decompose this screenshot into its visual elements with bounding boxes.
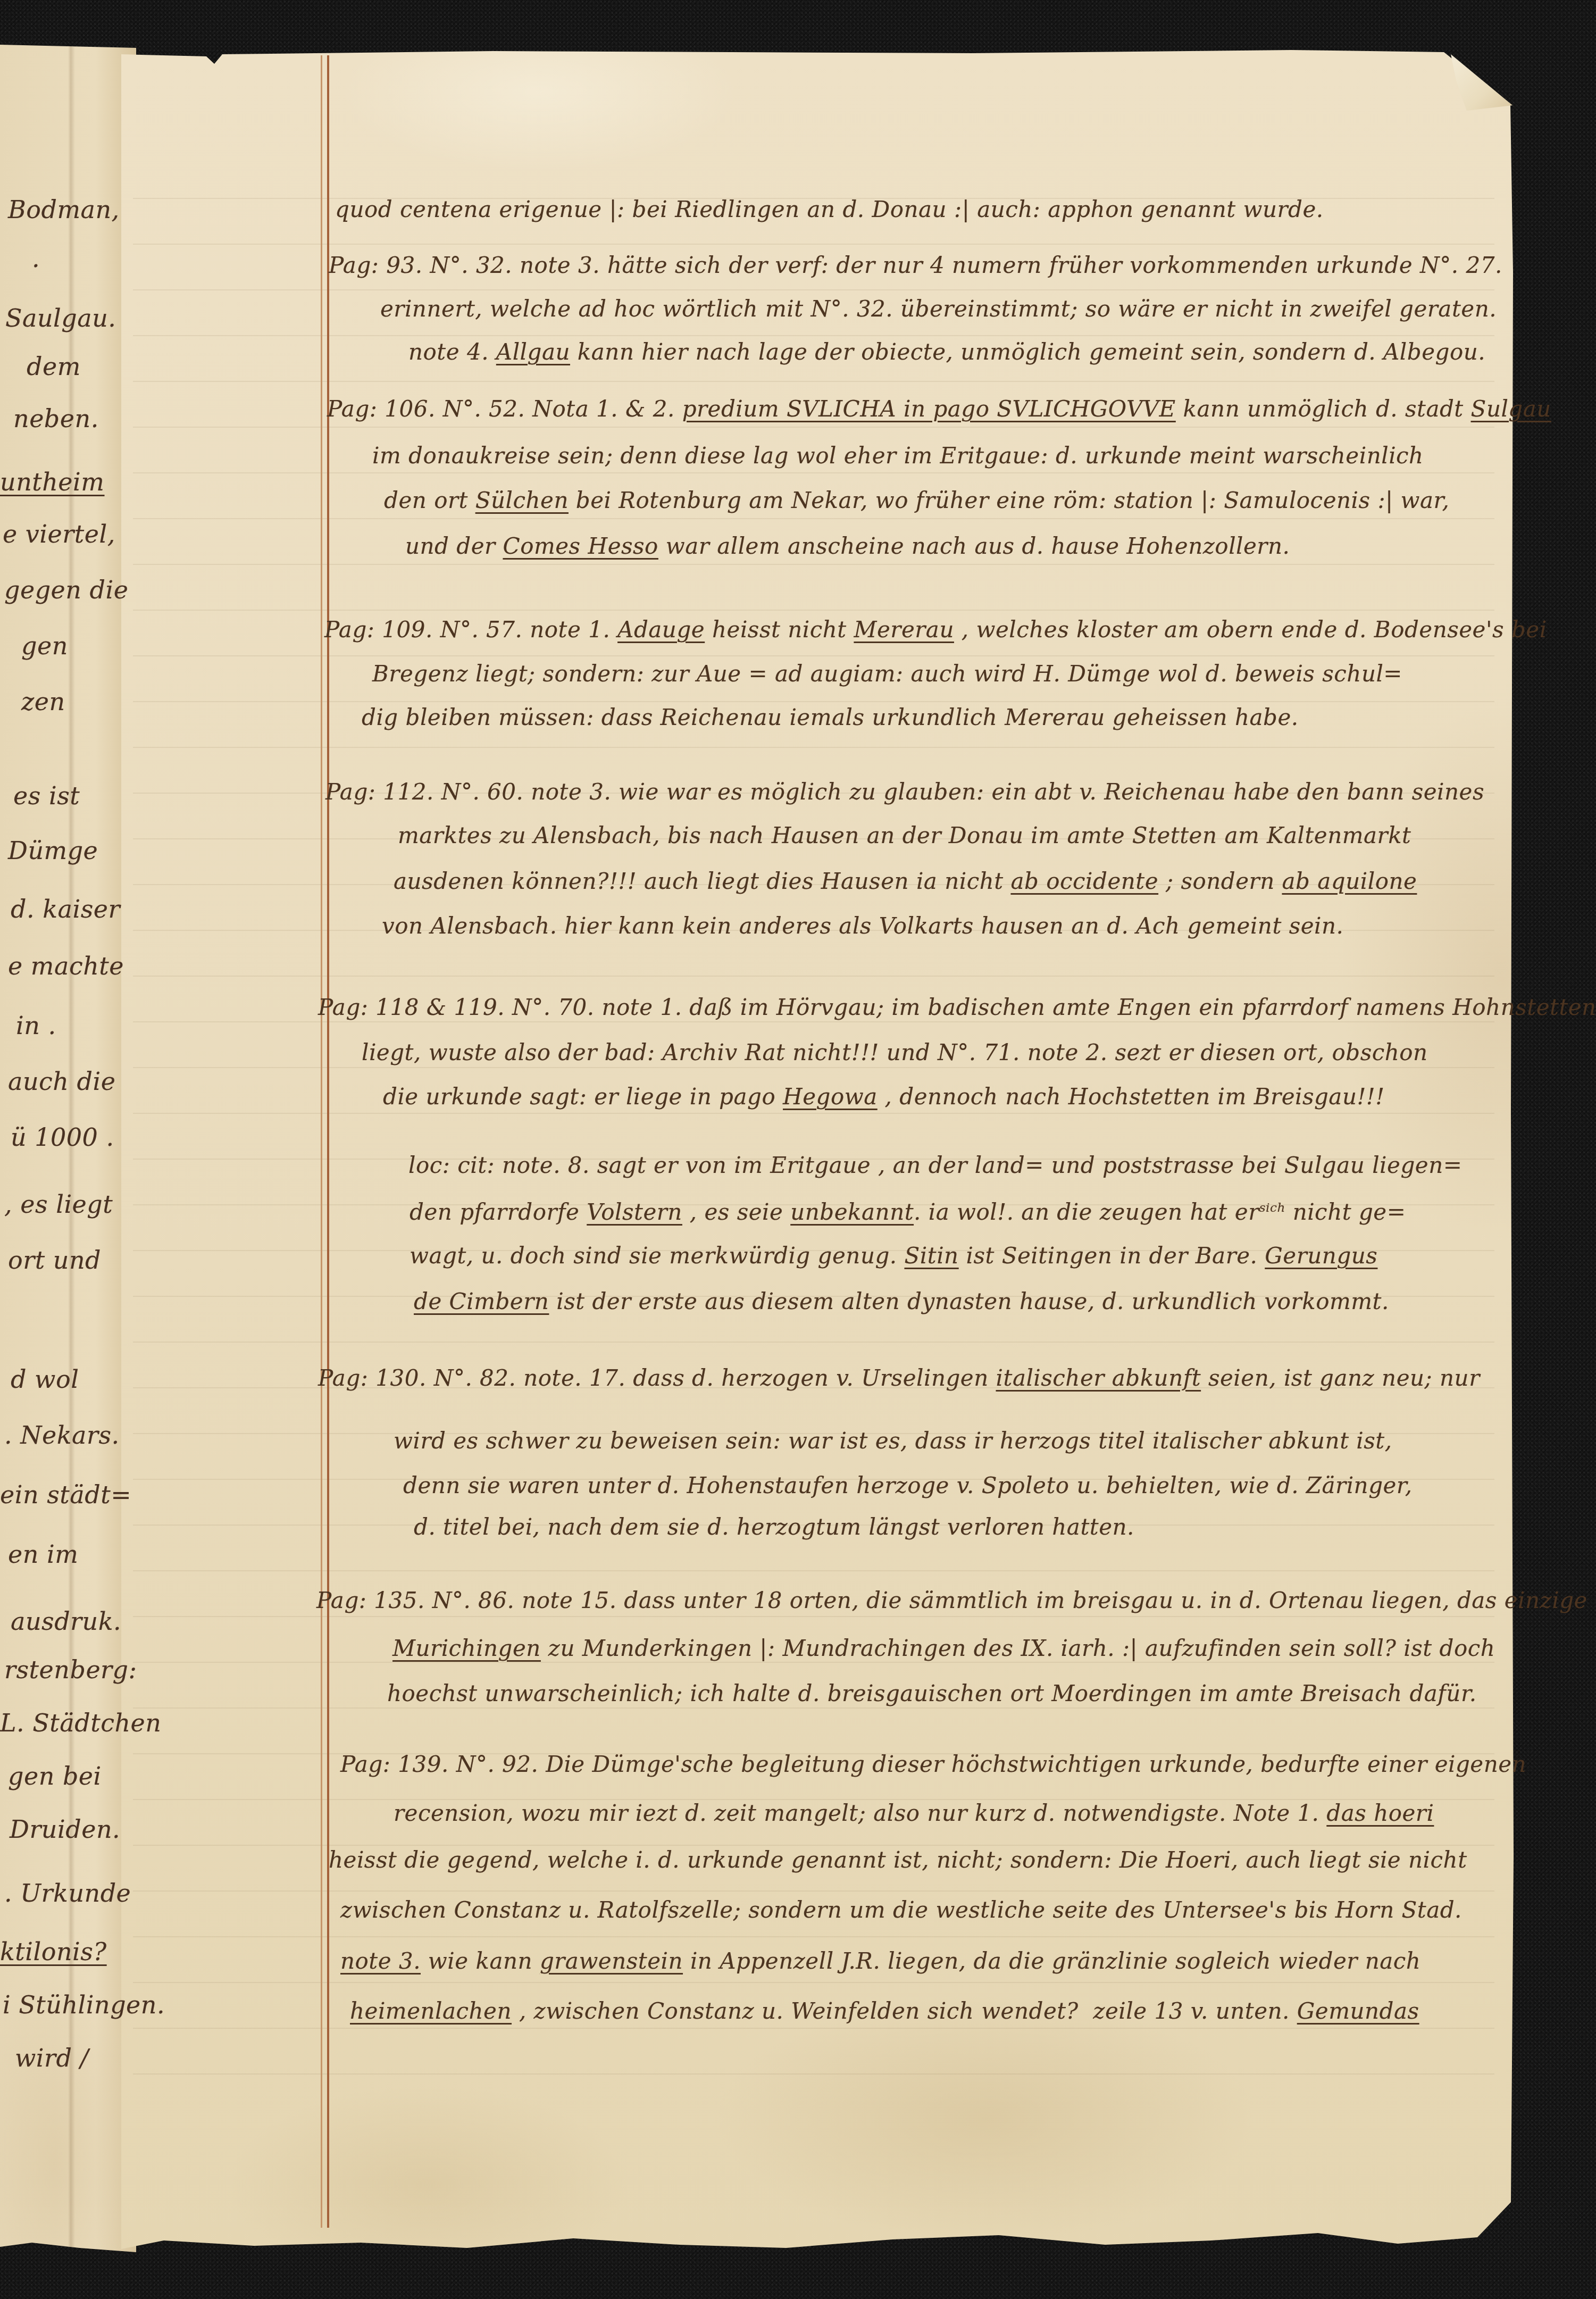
underlined-text: Gemundas xyxy=(1297,1998,1419,2024)
manuscript-line: Pag: 93. N°. 32. note 3. hätte sich der … xyxy=(329,252,1502,278)
handwritten-text: erinnert, welche ad hoc wörtlich mit N°.… xyxy=(380,296,1497,322)
handwritten-text: heisst die gegend, welche i. d. urkunde … xyxy=(329,1847,1467,1873)
manuscript-line: wird es schwer zu beweisen sein: war ist… xyxy=(394,1428,1392,1454)
handwritten-text: wagt, u. doch sind sie merkwürdig genug. xyxy=(410,1243,905,1269)
manuscript-line: hoechst unwarscheinlich; ich halte d. br… xyxy=(387,1680,1477,1706)
underlined-text: ab occidente xyxy=(1011,868,1159,894)
manuscript-line: wagt, u. doch sind sie merkwürdig genug.… xyxy=(410,1243,1377,1269)
manuscript-line: de Cimbern ist der erste aus diesem alte… xyxy=(414,1288,1389,1314)
manuscript-line: Pag: 112. N°. 60. note 3. wie war es mög… xyxy=(325,779,1484,805)
manuscript-line: den pfarrdorfe Volstern , es seie unbeka… xyxy=(410,1199,1406,1225)
manuscript-line: heisst die gegend, welche i. d. urkunde … xyxy=(329,1847,1467,1873)
handwritten-text: im donaukreise sein; denn diese lag wol … xyxy=(372,443,1424,469)
handwritten-text: marktes zu Alensbach, bis nach Hausen an… xyxy=(398,822,1411,848)
handwritten-text: Pag: 118 & 119. N°. 70. note 1. daß im H… xyxy=(318,994,1596,1020)
handwritten-text: Bregenz liegt; sondern: zur Aue = ad aug… xyxy=(372,661,1402,687)
manuscript-line: den ort Sülchen bei Rotenburg am Nekar, … xyxy=(384,487,1449,513)
manuscript-line: marktes zu Alensbach, bis nach Hausen an… xyxy=(398,822,1411,848)
underlined-text: Adauge xyxy=(617,617,705,643)
underlined-text: de Cimbern xyxy=(414,1288,549,1314)
handwritten-text: Pag: 93. N°. 32. note 3. hätte sich der … xyxy=(329,252,1502,278)
handwritten-text: liegt, wuste also der bad: Archiv Rat ni… xyxy=(362,1039,1428,1065)
handwritten-text: war allem anscheine nach aus d. hause Ho… xyxy=(658,533,1290,559)
manuscript-line: Bregenz liegt; sondern: zur Aue = ad aug… xyxy=(372,661,1402,687)
handwritten-text: Pag: 130. N°. 82. note. 17. dass d. herz… xyxy=(318,1365,996,1391)
manuscript-line: note 4. Allgau kann hier nach lage der o… xyxy=(408,339,1485,365)
handwritten-text: wie kann xyxy=(421,1948,540,1974)
handwritten-text: recension, wozu mir iezt d. zeit mangelt… xyxy=(394,1800,1326,1826)
handwritten-text: kann hier nach lage der obiecte, unmögli… xyxy=(570,339,1485,365)
manuscript-line: liegt, wuste also der bad: Archiv Rat ni… xyxy=(362,1039,1428,1065)
handwritten-text: und der xyxy=(405,533,503,559)
manuscript-line: im donaukreise sein; denn diese lag wol … xyxy=(372,443,1424,469)
manuscript-line: Pag: 135. N°. 86. note 15. dass unter 18… xyxy=(316,1587,1587,1613)
handwritten-text: dig bleiben müssen: dass Reichenau iemal… xyxy=(362,704,1299,730)
handwritten-text: d. titel bei, nach dem sie d. herzogtum … xyxy=(414,1514,1134,1540)
manuscript-line: loc: cit: note. 8. sagt er von im Eritga… xyxy=(408,1152,1462,1178)
handwritten-text: quod centena erigenue |: bei Riedlingen … xyxy=(335,196,1324,222)
underlined-text: Sulgau xyxy=(1471,396,1551,422)
manuscript-line: Pag: 109. N°. 57. note 1. Adauge heisst … xyxy=(324,617,1547,643)
handwritten-text: , es seie xyxy=(682,1199,790,1225)
handwritten-text: nicht ge= xyxy=(1285,1199,1406,1225)
underlined-text: note 3. xyxy=(340,1948,421,1974)
main-page-text-layer: quod centena erigenue |: bei Riedlingen … xyxy=(0,0,1596,2299)
manuscript-line: und der Comes Hesso war allem anscheine … xyxy=(405,533,1290,559)
handwritten-text: ausdenen können?!!! auch liegt dies Haus… xyxy=(394,868,1011,894)
underlined-text: Sülchen xyxy=(475,487,569,513)
underlined-text: Comes Hesso xyxy=(503,533,658,559)
manuscript-line: die urkunde sagt: er liege in pago Hegow… xyxy=(383,1084,1385,1110)
handwritten-text: , zwischen Constanz u. Weinfelden sich w… xyxy=(512,1998,1297,2024)
handwritten-text: denn sie waren unter d. Hohenstaufen her… xyxy=(403,1472,1413,1498)
handwritten-text: hoechst unwarscheinlich; ich halte d. br… xyxy=(387,1680,1477,1706)
handwritten-text: note 4. xyxy=(408,339,496,365)
handwritten-text: loc: cit: note. 8. sagt er von im Eritga… xyxy=(408,1152,1462,1178)
manuscript-line: Pag: 118 & 119. N°. 70. note 1. daß im H… xyxy=(318,994,1596,1020)
handwritten-text: ; sondern xyxy=(1158,868,1282,894)
manuscript-line: d. titel bei, nach dem sie d. herzogtum … xyxy=(414,1514,1134,1540)
manuscript-line: erinnert, welche ad hoc wörtlich mit N°.… xyxy=(380,296,1497,322)
handwritten-text: Pag: 135. N°. 86. note 15. dass unter 18… xyxy=(316,1587,1587,1613)
handwritten-text: ist Seitingen in der Bare. xyxy=(959,1243,1265,1269)
handwritten-text: , welches kloster am obern ende d. Boden… xyxy=(954,617,1547,643)
handwritten-text: ist der erste aus diesem alten dynasten … xyxy=(549,1288,1389,1314)
handwritten-text: den ort xyxy=(384,487,475,513)
manuscript-line: Pag: 139. N°. 92. Die Dümge'sche begleit… xyxy=(340,1751,1526,1777)
manuscript-line: recension, wozu mir iezt d. zeit mangelt… xyxy=(394,1800,1434,1826)
handwritten-text: , dennoch nach Hochstetten im Breisgau!!… xyxy=(878,1084,1385,1110)
handwritten-text: die urkunde sagt: er liege in pago xyxy=(383,1084,783,1110)
handwritten-text: heisst nicht xyxy=(705,617,854,643)
underlined-text: das hoeri xyxy=(1326,1800,1434,1826)
underlined-text: Gerungus xyxy=(1265,1243,1377,1269)
manuscript-line: quod centena erigenue |: bei Riedlingen … xyxy=(335,196,1324,222)
handwritten-text: seien, ist ganz neu; nur xyxy=(1201,1365,1480,1391)
manuscript-line: von Alensbach. hier kann kein anderes al… xyxy=(382,913,1343,939)
manuscript-line: denn sie waren unter d. Hohenstaufen her… xyxy=(403,1472,1413,1498)
handwritten-text: zu Munderkingen |: Mundrachingen des IX.… xyxy=(541,1635,1495,1661)
handwritten-text: in Appenzell J.R. liegen, da die gränzli… xyxy=(683,1948,1420,1974)
underlined-text: ab aquilone xyxy=(1282,868,1417,894)
underlined-text: Sitin xyxy=(905,1243,959,1269)
superscript-text: sich xyxy=(1259,1201,1285,1215)
handwritten-text: Pag: 139. N°. 92. Die Dümge'sche begleit… xyxy=(340,1751,1526,1777)
manuscript-line: heimenlachen , zwischen Constanz u. Wein… xyxy=(350,1998,1419,2024)
underlined-text: Allgau xyxy=(496,339,570,365)
underlined-text: Volstern xyxy=(587,1199,682,1225)
underlined-text: Mererau xyxy=(854,617,954,643)
underlined-text: predium SVLICHA in pago SVLICHGOVVE xyxy=(682,396,1176,422)
manuscript-line: note 3. wie kann grawenstein in Appenzel… xyxy=(340,1948,1420,1974)
handwritten-text: Pag: 112. N°. 60. note 3. wie war es mög… xyxy=(325,779,1484,805)
handwritten-text: Pag: 106. N°. 52. Nota 1. & 2. xyxy=(327,396,682,422)
handwritten-text: Pag: 109. N°. 57. note 1. xyxy=(324,617,617,643)
underlined-text: Murichingen xyxy=(392,1635,541,1661)
underlined-text: unbekannt xyxy=(790,1199,914,1225)
underlined-text: grawenstein xyxy=(540,1948,683,1974)
handwritten-text: bei Rotenburg am Nekar, wo früher eine r… xyxy=(569,487,1449,513)
manuscript-line: zwischen Constanz u. Ratolfszelle; sonde… xyxy=(340,1897,1462,1923)
underlined-text: heimenlachen xyxy=(350,1998,512,2024)
handwritten-text: von Alensbach. hier kann kein anderes al… xyxy=(382,913,1343,939)
underlined-text: italischer abkunft xyxy=(996,1365,1201,1391)
manuscript-line: ausdenen können?!!! auch liegt dies Haus… xyxy=(394,868,1417,894)
handwritten-text: . ia wol!. an die zeugen hat er xyxy=(914,1199,1259,1225)
handwritten-text: wird es schwer zu beweisen sein: war ist… xyxy=(394,1428,1392,1454)
manuscript-scan: Bodman,.Saulgau.demneben.untheime vierte… xyxy=(0,0,1596,2299)
manuscript-line: Murichingen zu Munderkingen |: Mundrachi… xyxy=(392,1635,1495,1661)
handwritten-text: kann unmöglich d. stadt xyxy=(1176,396,1471,422)
manuscript-line: dig bleiben müssen: dass Reichenau iemal… xyxy=(362,704,1299,730)
manuscript-line: Pag: 130. N°. 82. note. 17. dass d. herz… xyxy=(318,1365,1480,1391)
underlined-text: Hegowa xyxy=(783,1084,878,1110)
handwritten-text: den pfarrdorfe xyxy=(410,1199,587,1225)
handwritten-text: zwischen Constanz u. Ratolfszelle; sonde… xyxy=(340,1897,1462,1923)
manuscript-line: Pag: 106. N°. 52. Nota 1. & 2. predium S… xyxy=(327,396,1551,422)
